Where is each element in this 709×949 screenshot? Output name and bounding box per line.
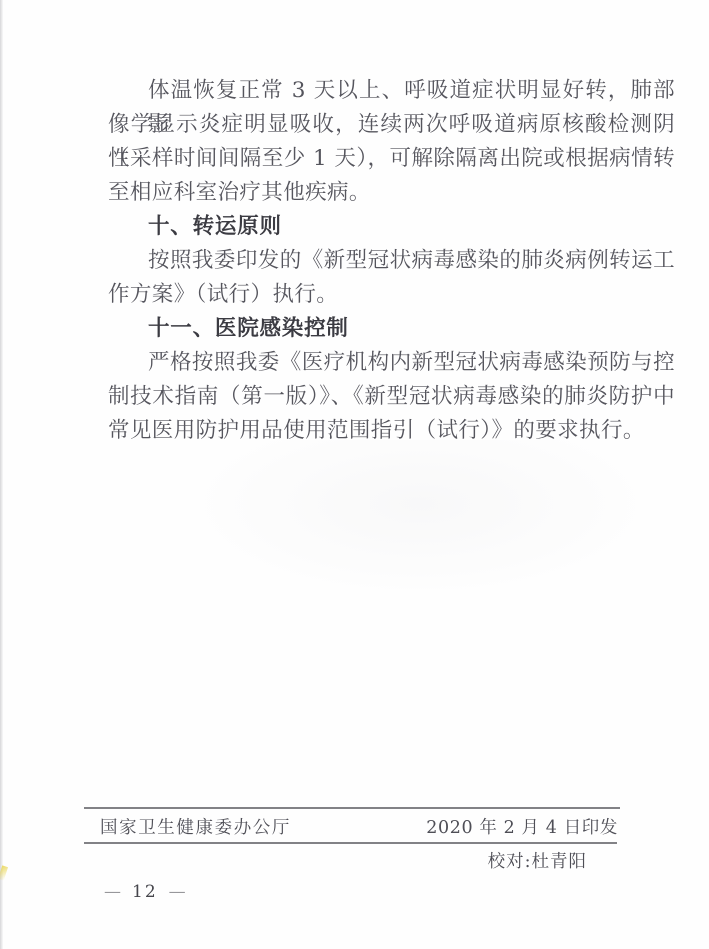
section-heading: 十、转运原则 <box>108 210 675 244</box>
body-text-line: 作方案》（试行）执行。 <box>108 278 675 312</box>
page-number-dash-right: — <box>169 882 186 902</box>
page-number-dash-left: — <box>104 882 121 902</box>
body-text-line: 常见医用防护用品使用范围指引（试行）》的要求执行。 <box>108 414 675 448</box>
document-page: 体温恢复正常 3 天以上、呼吸道症状明显好转，肺部影像学显示炎症明显吸收，连续两… <box>0 0 709 949</box>
scan-edge-artifact <box>0 0 3 949</box>
body-text-line: 按照我委印发的《新型冠状病毒感染的肺炎病例转运工 <box>108 244 675 278</box>
page-number: — 12 — <box>104 882 186 902</box>
body-text-line: 至相应科室治疗其他疾病。 <box>108 176 675 210</box>
body-text-line: 制技术指南（第一版）》、《新型冠状病毒感染的肺炎防护中 <box>108 380 675 414</box>
section-heading: 十一、医院感染控制 <box>108 312 675 346</box>
footer-print-date: 2020 年 2 月 4 日印发 <box>426 814 618 839</box>
footer-row: 国家卫生健康委办公厅 2020 年 2 月 4 日印发 <box>84 812 620 840</box>
body-text-line: 体温恢复正常 3 天以上、呼吸道症状明显好转，肺部影 <box>108 74 675 108</box>
footer-issuer: 国家卫生健康委办公厅 <box>100 814 291 839</box>
scan-speck-artifact <box>0 865 8 880</box>
body-text-line: （采样时间间隔至少 1 天），可解除隔离出院或根据病情转 <box>108 142 675 176</box>
page-number-value: 12 <box>132 882 158 902</box>
footer-rule-top <box>84 807 620 809</box>
body-text-line: 像学显示炎症明显吸收，连续两次呼吸道病原核酸检测阴性 <box>108 108 675 142</box>
footer-rule-bottom <box>84 842 617 844</box>
scan-noise-artifact <box>180 440 660 600</box>
document-body: 体温恢复正常 3 天以上、呼吸道症状明显好转，肺部影像学显示炎症明显吸收，连续两… <box>108 74 675 448</box>
body-text-line: 严格按照我委《医疗机构内新型冠状病毒感染预防与控 <box>108 346 675 380</box>
footer-proofreader: 校对:杜青阳 <box>300 848 587 873</box>
